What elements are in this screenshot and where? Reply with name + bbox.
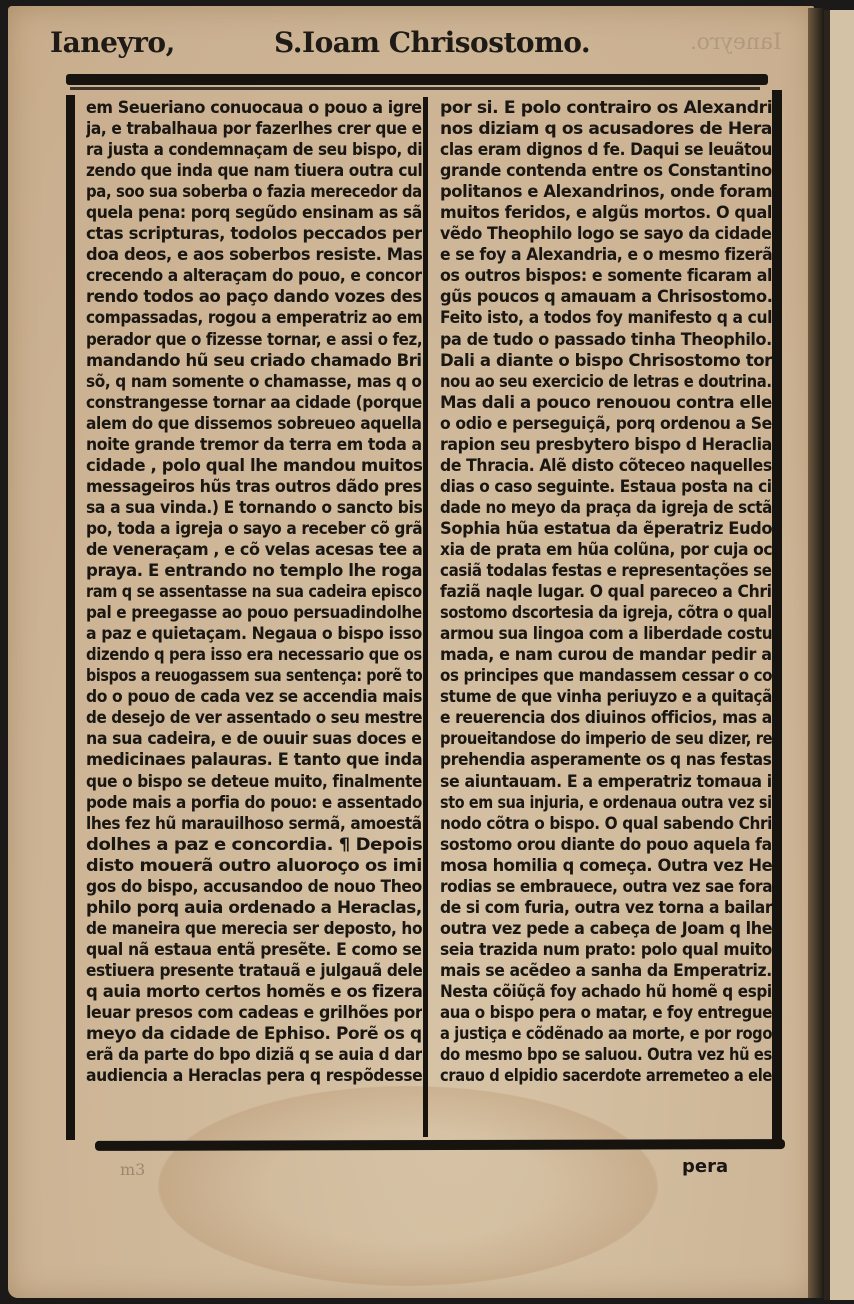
text-line: nodo cõtra o bispo. O qual sabendo Chri <box>440 813 772 834</box>
text-line: por si. E polo contrairo os Alexandri <box>440 97 772 118</box>
top-rule-thin <box>70 87 760 90</box>
text-line: Dali a diante o bispo Chrisostomo tor <box>440 350 772 371</box>
text-line: ra justa a condemnaçam de seu bispo, di <box>86 139 422 160</box>
text-line: dade no meyo da praça da igreja de sctã <box>440 497 772 518</box>
text-line: leuar presos com cadeas e grilhões por <box>86 1002 422 1023</box>
text-line: grande contenda entre os Constantino <box>440 160 772 181</box>
text-line: lhes fez hũ marauilhoso sermã, amoestã <box>86 813 422 834</box>
text-line: se aiuntauam. E a emperatriz tomaua i <box>440 771 772 792</box>
text-line: Nesta cõiũçã foy achado hũ homẽ q espi <box>440 981 772 1002</box>
text-line: casiã todalas festas e representações se <box>440 560 772 581</box>
text-line: disto mouerã outro aluoroço os imi <box>86 855 422 876</box>
top-rule <box>66 74 768 85</box>
text-line: dias o caso seguinte. Estaua posta na ci <box>440 476 772 497</box>
text-line: q auia morto certos homẽs e os fizera <box>86 981 422 1002</box>
text-line: estiuera presente tratauã e julgauã dele <box>86 960 422 981</box>
text-line: pode mais a porfia do pouo: e assentado <box>86 792 422 813</box>
text-line: philo porq auia ordenado a Heraclas, <box>86 897 422 918</box>
book-gutter <box>808 8 824 1298</box>
text-line: erã da parte do bpo diziã q se auia d da… <box>86 1044 422 1065</box>
text-line: sostomo orou diante do pouo aquela fa <box>440 834 772 855</box>
text-line: sa a sua vinda.) E tornando o sancto bis <box>86 497 422 518</box>
text-line: stume de que vinha periuyzo e a quitaçã <box>440 686 772 707</box>
text-line: rendo todos ao paço dando vozes des <box>86 286 422 307</box>
text-line: mais se acẽdeo a sanha da Emperatriz. <box>440 960 772 981</box>
signature-mark: m3 <box>120 1160 145 1179</box>
text-line: compassadas, rogou a emperatriz ao em <box>86 307 422 328</box>
column-divider <box>423 97 428 1137</box>
text-line: e reuerencia dos diuinos officios, mas a <box>440 707 772 728</box>
text-line: clas eram dignos d fe. Daqui se leuãtou <box>440 139 772 160</box>
text-line: pa de tudo o passado tinha Theophilo. <box>440 329 772 350</box>
text-line: Feito isto, a todos foy manifesto q a cu… <box>440 307 772 328</box>
text-line: de desejo de ver assentado o seu mestre <box>86 707 422 728</box>
text-line: sõ, q nam somente o chamasse, mas q o <box>86 371 422 392</box>
text-line: o odio e perseguiçã, porq ordenou a Se <box>440 413 772 434</box>
text-line: rapion seu presbytero bispo d Heraclia <box>440 434 772 455</box>
text-line: de maneira que merecia ser deposto, ho <box>86 918 422 939</box>
text-line: aua o bispo pera o matar, e foy entregue <box>440 1002 772 1023</box>
text-line: rodias se embrauece, outra vez sae fora <box>440 876 772 897</box>
text-line: gos do bispo, accusandoo de nouo Theo <box>86 876 422 897</box>
text-line: outra vez pede a cabeça de Joam q lhe <box>440 918 772 939</box>
facing-page-edge <box>824 10 854 1300</box>
text-column-left: em Seueriano conuocaua o pouo a igreja, … <box>86 97 422 1137</box>
text-line: medicinaes palauras. E tanto que inda <box>86 749 422 770</box>
text-line: do mesmo bpo se saluou. Outra vez hũ es <box>440 1044 772 1065</box>
text-line: do o pouo de cada vez se accendia mais <box>86 686 422 707</box>
text-line: zendo que inda que nam tiuera outra cul <box>86 160 422 181</box>
header-month: Ianeyro, <box>50 26 175 59</box>
text-line: crecendo a alteraçam do pouo, e concor <box>86 265 422 286</box>
text-line: na sua cadeira, e de ouuir suas doces e <box>86 728 422 749</box>
text-line: ctas scripturas, todolos peccados per <box>86 223 422 244</box>
text-line: seia trazida num prato: polo qual muito <box>440 939 772 960</box>
text-line: ja, e trabalhaua por fazerlhes crer que … <box>86 118 422 139</box>
text-line: dizendo q pera isso era necessario que o… <box>86 644 422 665</box>
text-line: mandando hũ seu criado chamado Bri <box>86 350 422 371</box>
text-line: vẽdo Theophilo logo se sayo da cidade <box>440 223 772 244</box>
text-line: xia de prata em hũa colũna, por cuja oc <box>440 539 772 560</box>
text-line: doa deos, e aos soberbos resiste. Mas <box>86 244 422 265</box>
text-line: de si com furia, outra vez torna a baila… <box>440 897 772 918</box>
text-line: os principes que mandassem cessar o co <box>440 665 772 686</box>
text-line: cidade , polo qual lhe mandou muitos <box>86 455 422 476</box>
text-line: po, toda a igreja o sayo a receber cõ gr… <box>86 518 422 539</box>
left-border <box>66 95 75 1140</box>
text-line: em Seueriano conuocaua o pouo a igre <box>86 97 422 118</box>
running-header: Ianeyro, S.Ioam Chrisostomo. Ianeyro. <box>50 26 770 66</box>
text-line: audiencia a Heraclas pera q respõdesse <box>86 1065 422 1086</box>
text-column-right: por si. E polo contrairo os Alexandrinos… <box>440 97 772 1137</box>
text-line: nos diziam q os acusadores de Hera <box>440 118 772 139</box>
text-line: os outros bispos: e somente ficaram al <box>440 265 772 286</box>
header-title: S.Ioam Chrisostomo. <box>274 26 590 59</box>
text-line: nou ao seu exercicio de letras e doutrin… <box>440 371 772 392</box>
right-border <box>772 90 782 1148</box>
text-line: faziã naqle lugar. O qual pareceo a Chri <box>440 581 772 602</box>
text-line: mada, e nam curou de mandar pedir a <box>440 644 772 665</box>
text-line: proueitandose do imperio de seu dizer, r… <box>440 728 772 749</box>
text-line: politanos e Alexandrinos, onde foram <box>440 181 772 202</box>
bottom-rule <box>95 1139 785 1151</box>
show-through-text: Ianeyro. <box>690 30 782 55</box>
text-line: ram q se assentasse na sua cadeira episc… <box>86 581 422 602</box>
text-line: gũs poucos q amauam a Chrisostomo. <box>440 286 772 307</box>
text-line: messageiros hũs tras outros dãdo pres <box>86 476 422 497</box>
text-line: constrangesse tornar aa cidade (porque <box>86 392 422 413</box>
text-line: mosa homilia q começa. Outra vez He <box>440 855 772 876</box>
text-line: que o bispo se deteue muito, finalmente <box>86 771 422 792</box>
text-line: a paz e quietaçam. Negaua o bispo isso <box>86 623 422 644</box>
text-line: bispos a reuogassem sua sentença: porẽ t… <box>86 665 422 686</box>
text-line: sostomo dscortesia da igreja, cõtra o qu… <box>440 602 772 623</box>
text-line: prehendia asperamente os q nas festas <box>440 749 772 770</box>
text-line: e se foy a Alexandria, e o mesmo fizerã <box>440 244 772 265</box>
text-line: pa, soo sua soberba o fazia merecedor da <box>86 181 422 202</box>
text-line: de veneraçam , e cõ velas acesas tee a <box>86 539 422 560</box>
text-line: crauo d elpidio sacerdote arremeteo a el… <box>440 1065 772 1086</box>
text-line: a justiça e cõdẽnado aa morte, e por rog… <box>440 1023 772 1044</box>
text-line: muitos feridos, e algũs mortos. O qual <box>440 202 772 223</box>
text-line: dolhes a paz e concordia. ¶ Depois <box>86 834 422 855</box>
text-line: noite grande tremor da terra em toda a <box>86 434 422 455</box>
text-line: meyo da cidade de Ephiso. Porẽ os q <box>86 1023 422 1044</box>
text-line: sto em sua injuria, e ordenaua outra vez… <box>440 792 772 813</box>
text-line: perador que o fizesse tornar, e assi o f… <box>86 329 422 350</box>
catchword: pera <box>682 1156 728 1177</box>
text-line: Mas dali a pouco renouou contra elle <box>440 392 772 413</box>
text-line: qual nã estaua entã presẽte. E como se <box>86 939 422 960</box>
text-line: pal e preegasse ao pouo persuadindolhe <box>86 602 422 623</box>
text-line: quela pena: porq segũdo ensinam as sã <box>86 202 422 223</box>
text-line: de Thracia. Alẽ disto cõteceo naquelles <box>440 455 772 476</box>
text-line: praya. E entrando no templo lhe roga <box>86 560 422 581</box>
text-line: armou sua lingoa com a liberdade costu <box>440 623 772 644</box>
text-line: alem do que dissemos sobreueo aquella <box>86 413 422 434</box>
text-line: Sophia hũa estatua da ẽperatriz Eudo <box>440 518 772 539</box>
